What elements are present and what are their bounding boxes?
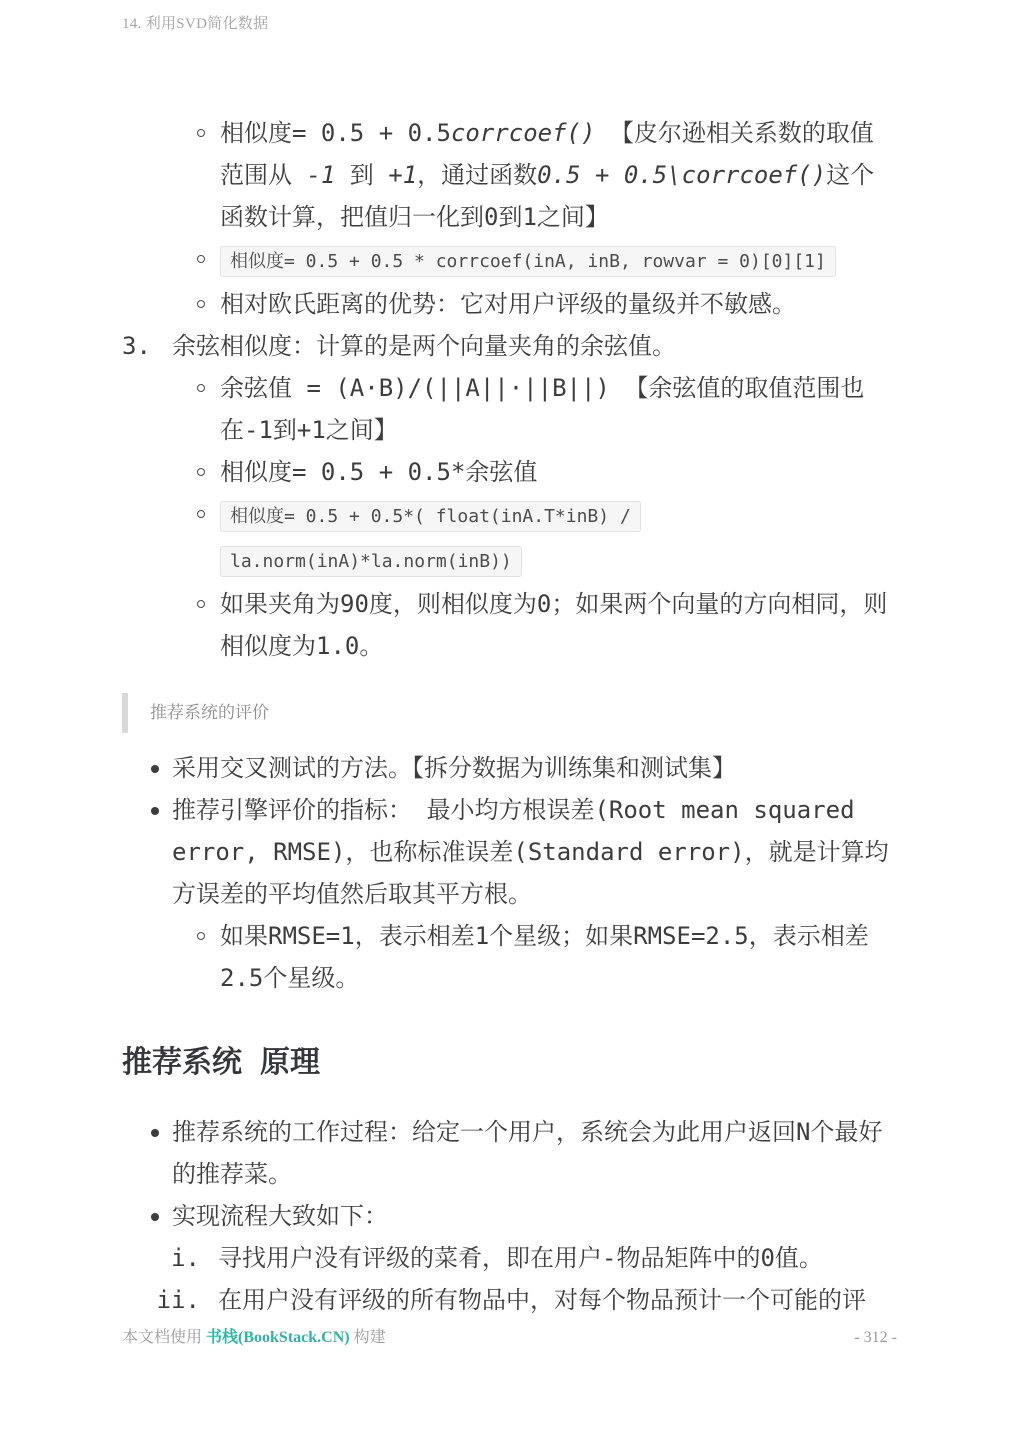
hollow-bullet-icon (197, 510, 205, 518)
list-item: 实现流程大致如下： (122, 1195, 897, 1237)
list-item: 采用交叉测试的方法。【拆分数据为训练集和测试集】 (122, 747, 897, 789)
paragraph-text: 推荐系统的工作过程：给定一个用户，系统会为此用户返回N个最好的推荐菜。 (172, 1118, 882, 1188)
hollow-bullet-icon (197, 300, 205, 308)
list-item: 如果RMSE=1，表示相差1个星级；如果RMSE=2.5，表示相差2.5个星级。 (122, 915, 897, 999)
inline-code: 相似度= 0.5 + 0.5 * corrcoef(inA, inB, rowv… (220, 246, 836, 277)
hollow-bullet-icon (197, 255, 205, 263)
paragraph-text: 采用交叉测试的方法。【拆分数据为训练集和测试集】 (172, 754, 736, 782)
hollow-bullet-icon (197, 932, 205, 940)
italic-segment: corrcoef() (451, 119, 596, 147)
paragraph-text: 在用户没有评级的所有物品中，对每个物品预计一个可能的评 (218, 1286, 866, 1314)
list-item-code: 相似度= 0.5 + 0.5*( float(inA.T*inB) / la.n… (122, 493, 897, 583)
list-item: 推荐引擎评价的指标： 最小均方根误差(Root mean squared err… (122, 789, 897, 915)
document-page: 14. 利用SVD简化数据 相似度= 0.5 + 0.5corrcoef() 【… (0, 0, 1019, 1440)
section-heading: 推荐系统 原理 (122, 1041, 897, 1085)
text-segment: 到 (335, 161, 388, 189)
page-header-title: 14. 利用SVD简化数据 (122, 12, 268, 33)
text-segment: 相似度= 0.5 + 0.5 (220, 119, 451, 147)
italic-segment: 0.5 + 0.5\corrcoef() (537, 161, 826, 189)
filled-bullet-icon (151, 807, 159, 815)
filled-bullet-icon (151, 765, 159, 773)
hollow-bullet-icon (197, 468, 205, 476)
number-marker: 3. (122, 325, 151, 367)
paragraph-text: 推荐引擎评价的指标： 最小均方根误差(Root mean squared err… (172, 796, 889, 908)
italic-segment: +1 (388, 161, 417, 189)
numbered-item-3: 3. 余弦相似度：计算的是两个向量夹角的余弦值。 (122, 325, 897, 367)
roman-marker: i. (122, 1237, 200, 1279)
intro-list: 相似度= 0.5 + 0.5corrcoef() 【皮尔逊相关系数的取值范围从 … (122, 112, 897, 325)
footer-build-note: 本文档使用 书栈(BookStack.CN) 构建 (122, 1324, 386, 1347)
quote-block: 推荐系统的评价 (122, 693, 897, 733)
italic-segment: -1 (306, 161, 335, 189)
filled-bullet-icon (151, 1213, 159, 1221)
roman-list-item: ii. 在用户没有评级的所有物品中，对每个物品预计一个可能的评 (122, 1279, 897, 1321)
inline-code: 相似度= 0.5 + 0.5*( float(inA.T*inB) / la.n… (220, 501, 641, 577)
hollow-bullet-icon (197, 600, 205, 608)
page-content: 相似度= 0.5 + 0.5corrcoef() 【皮尔逊相关系数的取值范围从 … (122, 112, 897, 1321)
list-item: 相似度= 0.5 + 0.5*余弦值 (122, 451, 897, 493)
paragraph-text: 相对欧氏距离的优势：它对用户评级的量级并不敏感。 (220, 290, 796, 318)
principle-list: 推荐系统的工作过程：给定一个用户，系统会为此用户返回N个最好的推荐菜。 实现流程… (122, 1111, 897, 1237)
footer-text: 本文档使用 (122, 1329, 206, 1346)
roman-marker: ii. (122, 1279, 200, 1321)
list-item: 如果夹角为90度，则相似度为0；如果两个向量的方向相同，则相似度为1.0。 (122, 583, 897, 667)
evaluation-list: 采用交叉测试的方法。【拆分数据为训练集和测试集】 推荐引擎评价的指标： 最小均方… (122, 747, 897, 999)
page-number: - 312 - (854, 1329, 897, 1347)
hollow-bullet-icon (197, 129, 205, 137)
paragraph-text: 相似度= 0.5 + 0.5corrcoef() 【皮尔逊相关系数的取值范围从 … (220, 119, 874, 231)
bookstack-link[interactable]: 书栈(BookStack.CN) (206, 1329, 350, 1346)
list-item-code: 相似度= 0.5 + 0.5 * corrcoef(inA, inB, rowv… (122, 238, 897, 283)
hollow-bullet-icon (197, 384, 205, 392)
filled-bullet-icon (151, 1129, 159, 1137)
paragraph-text: 寻找用户没有评级的菜肴，即在用户-物品矩阵中的0值。 (218, 1244, 823, 1272)
list-item: 相似度= 0.5 + 0.5corrcoef() 【皮尔逊相关系数的取值范围从 … (122, 112, 897, 238)
list-item: 推荐系统的工作过程：给定一个用户，系统会为此用户返回N个最好的推荐菜。 (122, 1111, 897, 1195)
text-segment: ，通过函数 (417, 161, 537, 189)
footer-text: 构建 (350, 1329, 386, 1346)
paragraph-text: 如果夹角为90度，则相似度为0；如果两个向量的方向相同，则相似度为1.0。 (220, 590, 887, 660)
cosine-sublist: 余弦值 = (A·B)/(||A||·||B||) 【余弦值的取值范围也在-1到… (122, 367, 897, 667)
paragraph-text: 相似度= 0.5 + 0.5*余弦值 (220, 458, 537, 486)
paragraph-text: 余弦值 = (A·B)/(||A||·||B||) 【余弦值的取值范围也在-1到… (220, 374, 864, 444)
list-item: 相对欧氏距离的优势：它对用户评级的量级并不敏感。 (122, 283, 897, 325)
paragraph-text: 实现流程大致如下： (172, 1202, 388, 1230)
roman-list-item: i. 寻找用户没有评级的菜肴，即在用户-物品矩阵中的0值。 (122, 1237, 897, 1279)
paragraph-text: 余弦相似度：计算的是两个向量夹角的余弦值。 (172, 332, 676, 360)
paragraph-text: 如果RMSE=1，表示相差1个星级；如果RMSE=2.5，表示相差2.5个星级。 (220, 922, 869, 992)
page-footer: 本文档使用 书栈(BookStack.CN) 构建 - 312 - (122, 1324, 897, 1347)
list-item: 余弦值 = (A·B)/(||A||·||B||) 【余弦值的取值范围也在-1到… (122, 367, 897, 451)
